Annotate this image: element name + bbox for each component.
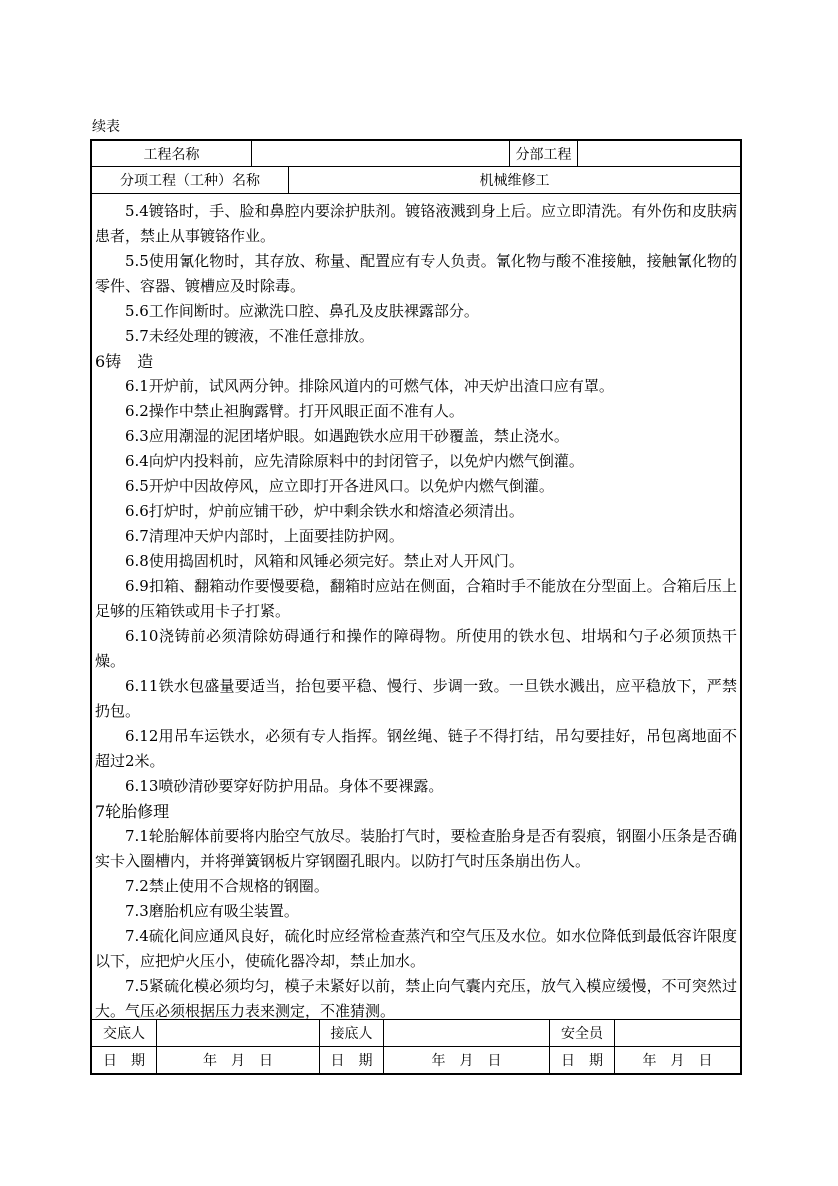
header-row-2: 分项工程（工种）名称 机械维修工 (92, 167, 740, 194)
section-heading: 7轮胎修理 (95, 799, 737, 824)
body-paragraph: 5.5使用氰化物时，其存放、称量、配置应有专人负责。氰化物与酸不准接触，接触氰化… (95, 249, 737, 299)
footer-signers-row: 交底人 接底人 安全员 (92, 1020, 740, 1047)
project-name-label-cell: 工程名称 (92, 141, 252, 166)
body-paragraph: 6.7清理冲天炉内部时，上面要挂防护网。 (95, 524, 737, 549)
body-paragraph: 6.6打炉时，炉前应铺干砂，炉中剩余铁水和熔渣必须清出。 (95, 499, 737, 524)
receiver-date-label-cell: 日 期 (320, 1047, 384, 1073)
body-paragraph: 6.10浇铸前必须清除妨碍通行和操作的障碍物。所使用的铁水包、坩埚和勺子必须顶热… (95, 624, 737, 674)
body-paragraph: 5.7未经处理的镀液，不准任意排放。 (95, 324, 737, 349)
sub-project-label-cell: 分项工程（工种）名称 (92, 167, 289, 193)
continued-table-label: 续表 (90, 116, 746, 136)
body-paragraph: 6.5开炉中因故停风，应立即打开各进风口。以免炉内燃气倒灌。 (95, 474, 737, 499)
body-paragraph: 6.11铁水包盛量要适当，抬包要平稳、慢行、步调一致。一旦铁水溅出，应平稳放下，… (95, 674, 737, 724)
body-cell: 5.4镀铬时，手、脸和鼻腔内要涂护肤剂。镀铬液溅到身上后。应立即清洗。有外伤和皮… (92, 194, 740, 1020)
body-paragraph: 7.2禁止使用不合规格的钢圈。 (95, 874, 737, 899)
body-paragraph: 6.4向炉内投料前，应先清除原料中的封闭管子，以免炉内燃气倒灌。 (95, 449, 737, 474)
discloser-date-label-cell: 日 期 (92, 1047, 157, 1073)
body-paragraph: 5.6工作间断时。应漱洗口腔、鼻孔及皮肤裸露部分。 (95, 299, 737, 324)
footer-dates-row: 日 期 年 月 日 日 期 年 月 日 日 期 年 月 日 (92, 1047, 740, 1073)
division-label-cell: 分部工程 (510, 141, 578, 166)
discloser-label-cell: 交底人 (92, 1020, 157, 1046)
discloser-date-value-cell: 年 月 日 (157, 1047, 320, 1073)
header-row-1: 工程名称 分部工程 (92, 141, 740, 167)
body-paragraph: 5.4镀铬时，手、脸和鼻腔内要涂护肤剂。镀铬液溅到身上后。应立即清洗。有外伤和皮… (95, 199, 737, 249)
body-paragraph: 7.3磨胎机应有吸尘装置。 (95, 899, 737, 924)
receiver-value-cell (384, 1020, 550, 1046)
receiver-date-value-cell: 年 月 日 (384, 1047, 550, 1073)
division-value-cell (578, 141, 740, 166)
body-paragraph: 7.4硫化间应通风良好，硫化时应经常检查蒸汽和空气压及水位。如水位降低到最低容许… (95, 924, 737, 974)
body-paragraph: 6.9扣箱、翻箱动作要慢要稳，翻箱时应站在侧面，合箱时手不能放在分型面上。合箱后… (95, 574, 737, 624)
document-page: 续表 工程名称 分部工程 分项工程（工种）名称 机械维修工 5.4镀铬时，手、脸… (90, 116, 746, 1075)
body-paragraph: 6.8使用捣固机时，风箱和风锤必须完好。禁止对人开风门。 (95, 549, 737, 574)
body-paragraph: 6.2操作中禁止袒胸露臂。打开风眼正面不准有人。 (95, 399, 737, 424)
safety-officer-label-cell: 安全员 (550, 1020, 615, 1046)
body-paragraph: 6.12用吊车运铁水，必须有专人指挥。钢丝绳、链子不得打结，吊勾要挂好，吊包离地… (95, 724, 737, 774)
safety-officer-date-label-cell: 日 期 (550, 1047, 615, 1073)
safety-officer-date-value-cell: 年 月 日 (615, 1047, 740, 1073)
section-heading: 6铸 造 (95, 349, 737, 374)
sub-project-value-cell: 机械维修工 (289, 167, 740, 193)
safety-officer-value-cell (615, 1020, 740, 1046)
body-paragraph: 7.1轮胎解体前要将内胎空气放尽。装胎打气时，要检查胎身是否有裂痕，钢圈小压条是… (95, 824, 737, 874)
discloser-value-cell (157, 1020, 320, 1046)
body-paragraph: 6.1开炉前，试风两分钟。排除风道内的可燃气体，冲天炉出渣口应有罩。 (95, 374, 737, 399)
disclosure-table: 工程名称 分部工程 分项工程（工种）名称 机械维修工 5.4镀铬时，手、脸和鼻腔… (90, 139, 742, 1075)
body-paragraph: 6.13喷砂清砂要穿好防护用品。身体不要裸露。 (95, 774, 737, 799)
receiver-label-cell: 接底人 (320, 1020, 384, 1046)
body-paragraph: 7.5紧硫化模必须均匀，模子未紧好以前，禁止向气囊内充压，放气入模应缓慢，不可突… (95, 974, 737, 1020)
body-paragraph: 6.3应用潮湿的泥团堵炉眼。如遇跑铁水应用干砂覆盖，禁止浇水。 (95, 424, 737, 449)
project-name-value-cell (252, 141, 510, 166)
